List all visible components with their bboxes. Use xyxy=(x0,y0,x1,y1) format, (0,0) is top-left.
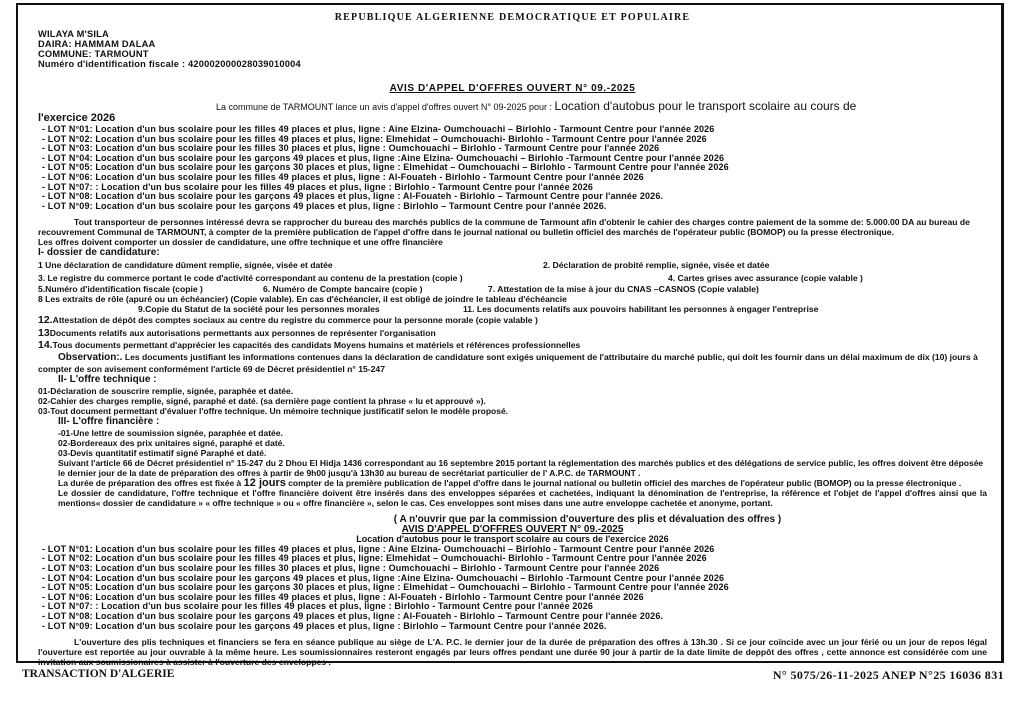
dossier-row-4: 8 Les extraits de rôle (apuré ou un éché… xyxy=(38,294,987,304)
dossier-item-9: 9.Copie du Statut de la société pour les… xyxy=(138,304,463,314)
observation-paragraph: Observation:. Les documents justifiant l… xyxy=(38,352,987,374)
dossier-row-5: 9.Copie du Statut de la société pour les… xyxy=(38,304,987,314)
intro: La commune de TARMOUNT lance un avis d'a… xyxy=(38,100,987,113)
dossier-row-13: 13 Documents relatifs aux autorisations … xyxy=(38,327,987,340)
offres-line: Les offres doivent comporter un dossier … xyxy=(38,237,987,247)
dossier-item-1: 1 Une déclaration de candidature dûment … xyxy=(38,259,543,272)
item-13-number: 13 xyxy=(38,327,50,340)
dossier-item-13: Documents relatifs aux autorisations per… xyxy=(50,327,436,340)
avis-title: AVIS D'APPEL D'OFFRES OUVERT N° 09.-2025 xyxy=(38,83,987,94)
transport-paragraph: Tout transporteur de personnes intéressé… xyxy=(38,217,987,237)
list-item: - LOT N°09: Location d'un bus scolaire p… xyxy=(42,202,987,212)
ouverture-paragraph: L'ouverture des plis techniques et finan… xyxy=(38,637,987,667)
intro-text: La commune de TARMOUNT lance un avis d'a… xyxy=(216,102,555,112)
avis2-subtitle: Location d'autobus pour le transport sco… xyxy=(38,535,987,544)
dossier-row-2: 3. Le registre du commerce portant le co… xyxy=(38,272,987,285)
dossier-title: I- dossier de candidature: xyxy=(38,247,987,259)
lot-list-repeat: - LOT N°01: Location d'un bus scolaire p… xyxy=(42,545,987,631)
item-14-number: 14. xyxy=(38,339,53,352)
list-item: 02-Bordereaux des prix unitaires signé, … xyxy=(58,438,987,448)
item-12-number: 12. xyxy=(38,314,53,327)
list-item: 01-Déclaration de souscrire remplie, sig… xyxy=(38,386,987,396)
dossier-item-6: 6. Numéro de Compte bancaire (copie ) xyxy=(263,284,488,294)
dossier-item-11: 11. Les documents relatifs aux pouvoirs … xyxy=(463,304,818,314)
tech-title: II- L'offre technique : xyxy=(38,374,987,386)
list-item: - LOT N°09: Location d'un bus scolaire p… xyxy=(42,622,987,632)
dossier-row-3: 5.Numéro d'identification fiscale (copie… xyxy=(38,284,987,294)
footer-reference: N° 5075/26-11-2025 ANEP N°25 16036 831 xyxy=(773,668,1004,683)
duree-text: La durée de préparation des offres est f… xyxy=(58,478,244,488)
dossier-row-14: 14. Tous documents permettant d'apprécie… xyxy=(38,339,987,352)
intro-object: Location d'autobus pour le transport sco… xyxy=(555,99,857,113)
duree-paragraph: La durée de préparation des offres est f… xyxy=(38,478,987,488)
notice-frame: REPUBLIQUE ALGERIENNE DEMOCRATIQUE ET PO… xyxy=(16,3,1004,663)
dossier-paragraph: Le dossier de candidature, l'offre techn… xyxy=(38,488,987,508)
dossier-row-12: 12. Attestation de dépôt des comptes soc… xyxy=(38,314,987,327)
list-item: 03-Tout document permettant d'évaluer l'… xyxy=(38,406,987,416)
tech-list: 01-Déclaration de souscrire remplie, sig… xyxy=(38,386,987,416)
duree-text-end: compter de la première publication de l'… xyxy=(286,478,961,488)
commune: COMMUNE: TARMOUNT xyxy=(38,49,987,59)
list-item: 02-Cahier des charges remplie, signé, pa… xyxy=(38,396,987,406)
observation-text: Les documents justifiant les information… xyxy=(38,352,978,374)
observation-label: Observation:. xyxy=(58,352,122,363)
dossier-row-1: 1 Une déclaration de candidature dûment … xyxy=(38,259,987,272)
dossier-item-8: 8 Les extraits de rôle (apuré ou un éché… xyxy=(38,294,567,304)
fiscal-id: Numéro d'identification fiscale : 420002… xyxy=(38,59,987,69)
dossier-item-12: Attestation de dépôt des comptes sociaux… xyxy=(53,314,538,327)
list-item: 03-Devis quantitatif estimatif signé Par… xyxy=(58,448,987,458)
wilaya: WILAYA M'SILA xyxy=(38,29,987,39)
lot-list: - LOT N°01: Location d'un bus scolaire p… xyxy=(42,125,987,211)
republic-header: REPUBLIQUE ALGERIENNE DEMOCRATIQUE ET PO… xyxy=(38,12,987,23)
dossier-item-5: 5.Numéro d'identification fiscale (copie… xyxy=(38,284,263,294)
footer-publisher: TRANSACTION D'ALGERIE xyxy=(22,668,174,680)
fin-list: -01-Une lettre de soumission signée, par… xyxy=(38,428,987,458)
article-paragraph: Suivant l'article 66 de Décret président… xyxy=(38,458,987,478)
list-item: -01-Une lettre de soumission signée, par… xyxy=(58,428,987,438)
issuer-block: WILAYA M'SILA DAIRA: HAMMAM DALAA COMMUN… xyxy=(38,29,987,69)
fin-title: III- L'offre financière : xyxy=(38,416,987,428)
dossier-item-2: 2. Déclaration de probité remplie, signé… xyxy=(543,259,769,272)
intro-exercise: l'exercice 2026 xyxy=(38,113,987,124)
dossier-item-7: 7. Attestation de la mise à jour du CNAS… xyxy=(488,284,759,294)
dossier-item-14: Tous documents permettant d'apprécier le… xyxy=(53,339,581,352)
daira: DAIRA: HAMMAM DALAA xyxy=(38,39,987,49)
dossier-item-4: 4. Cartes grises avec assurance (copie v… xyxy=(668,272,863,285)
dossier-item-3: 3. Le registre du commerce portant le co… xyxy=(38,272,668,285)
